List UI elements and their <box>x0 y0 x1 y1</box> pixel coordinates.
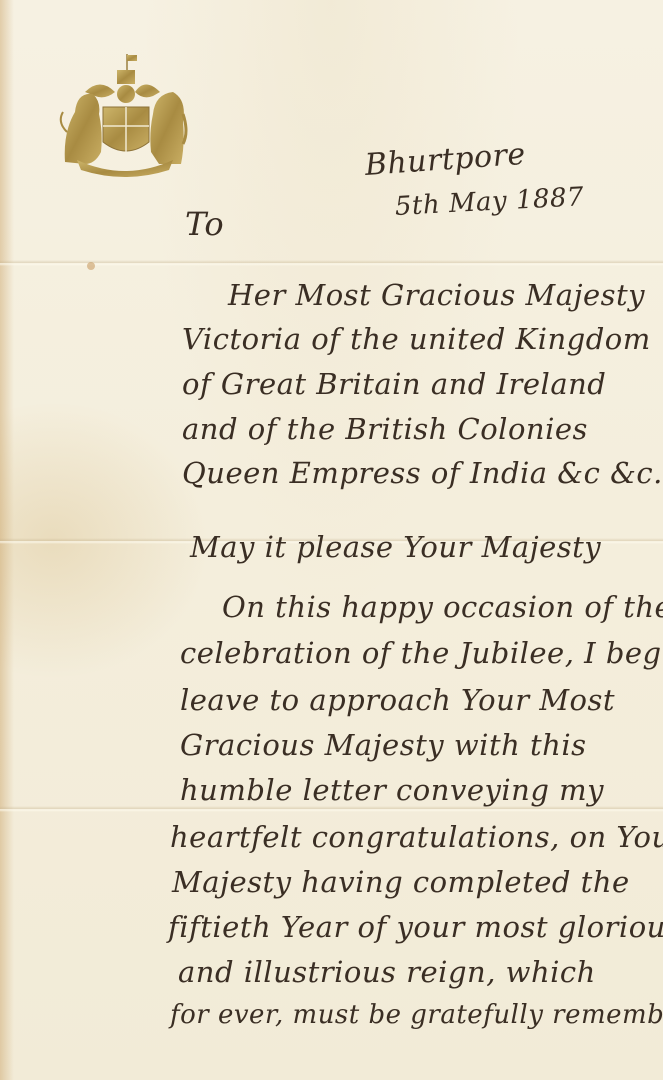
greeting: May it please Your Majesty <box>190 530 601 564</box>
body-line: for ever, must be gratefully remembered <box>170 1000 663 1030</box>
addressee-line: of Great Britain and Ireland <box>182 367 606 401</box>
body-line: celebration of the Jubilee, I beg <box>180 636 662 670</box>
coat-of-arms-icon <box>55 52 190 177</box>
letter-page: Bhurtpore 5th May 1887 To Her Most Graci… <box>0 0 663 1080</box>
body-line: humble letter conveying my <box>180 773 604 807</box>
body-line: Majesty having completed the <box>172 865 630 899</box>
body-line: On this happy occasion of the <box>222 590 663 624</box>
addressee-line: Victoria of the united Kingdom <box>182 322 651 356</box>
body-line: and illustrious reign, which <box>178 955 596 989</box>
foxing-spot <box>87 262 95 270</box>
body-line: heartfelt congratulations, on Your <box>170 820 663 854</box>
body-line: leave to approach Your Most <box>180 683 615 717</box>
body-line: fiftieth Year of your most glorious <box>168 910 663 944</box>
letter-date: 5th May 1887 <box>394 182 585 222</box>
body-line: Gracious Majesty with this <box>180 728 586 762</box>
addressee-line: Queen Empress of India &c &c. <box>182 456 663 490</box>
letter-place: Bhurtpore <box>364 137 527 183</box>
addressee-line: and of the British Colonies <box>182 412 588 446</box>
salutation-to: To <box>185 205 224 243</box>
addressee-line: Her Most Gracious Majesty <box>228 278 645 312</box>
fold-line <box>0 260 663 266</box>
